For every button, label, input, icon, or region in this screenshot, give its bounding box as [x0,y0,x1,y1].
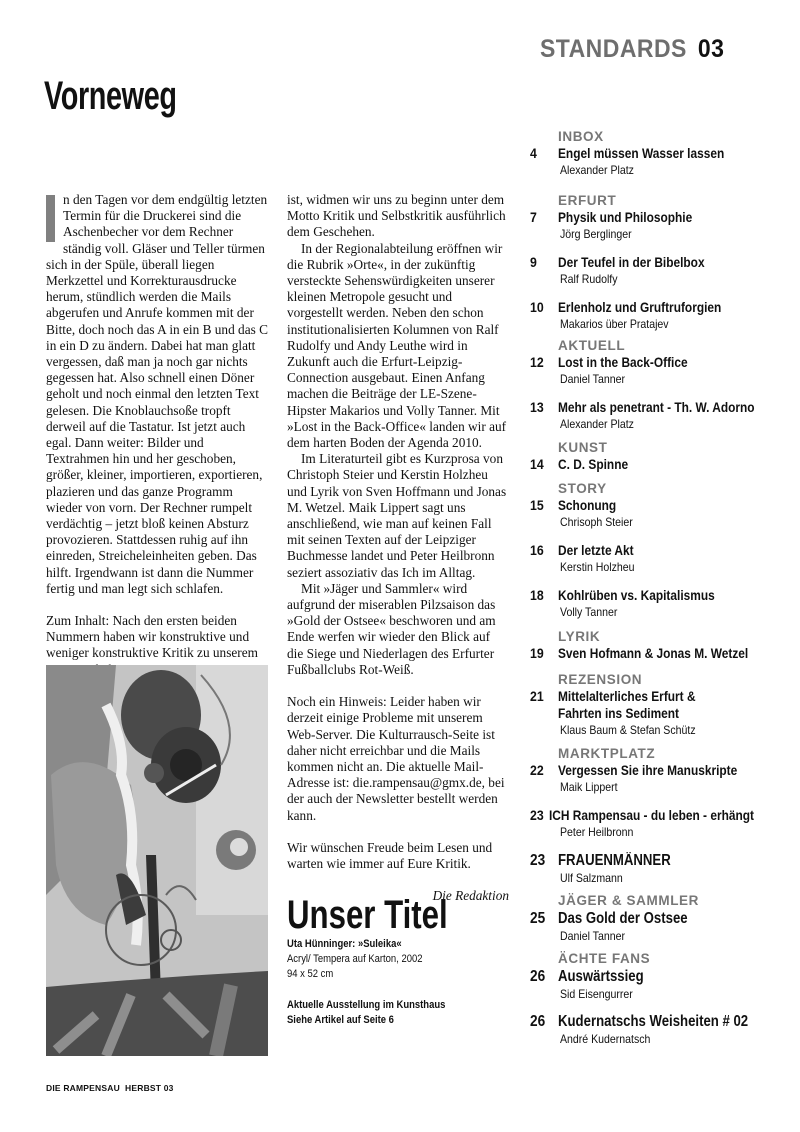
table-of-contents: INBOX 4Engel müssen Wasser lassen Alexan… [530,128,790,1047]
editorial-column-2: ist, widmen wir uns zu beginn unter dem … [287,192,509,904]
toc-entry[interactable]: 14C. D. Spinne [530,456,790,473]
toc-title: C. D. Spinne [558,456,628,473]
toc-author: Alexander Platz [560,162,762,178]
toc-author: Ralf Rudolfy [560,271,762,287]
toc-page: 13 [530,399,555,416]
toc-section-heading: STORY [558,480,790,497]
toc-title: ICH Rampensau - du leben - erhängt [549,807,754,824]
toc-page: 18 [530,587,555,604]
toc-page: 22 [530,762,555,779]
toc-title-line-2: Fahrten ins Sediment [558,705,679,722]
toc-page: 4 [530,145,555,162]
toc-author: Sid Eisengurrer [560,986,762,1002]
section-header: STANDARDS03 [540,35,724,64]
toc-entry[interactable]: 16Der letzte Akt [530,542,790,559]
toc-author: Daniel Tanner [560,928,762,944]
toc-title: Mittelalterliches Erfurt & [558,688,696,705]
toc-entry[interactable]: 18Kohlrüben vs. Kapitalismus [530,587,790,604]
page-number: 03 [698,35,725,63]
editorial-paragraph: In der Regionalabteilung eröffnen wir di… [287,241,509,452]
toc-page: 14 [530,456,555,473]
toc-author: Daniel Tanner [560,371,762,387]
editorial-paragraph: Im Literaturteil gibt es Kurzprosa von C… [287,451,509,581]
toc-section-heading: MARKTPLATZ [558,745,790,762]
toc-entry[interactable]: 26Auswärtssieg [530,967,790,986]
toc-page: 10 [530,299,555,316]
toc-author: Alexander Platz [560,416,762,432]
toc-entry[interactable]: 4Engel müssen Wasser lassen [530,145,790,162]
toc-title: Der letzte Akt [558,542,634,559]
editorial-paragraph: Mit »Jäger und Sammler« wird aufgrund de… [287,581,509,678]
cover-painting-image [46,665,268,1056]
toc-title: Kohlrüben vs. Kapitalismus [558,587,715,604]
toc-entry[interactable]: 9Der Teufel in der Bibelbox [530,254,790,271]
page-footer: DIE RAMPENSAU HERBST 03 [46,1083,174,1093]
section-label: STANDARDS [540,35,687,63]
toc-entry[interactable]: 15Schonung [530,497,790,514]
toc-title: Das Gold der Ostsee [558,909,688,928]
toc-page: 9 [530,254,555,271]
toc-author: Ulf Salzmann [560,870,762,886]
toc-page: 23 [530,807,547,824]
toc-title: Physik und Philosophie [558,209,692,226]
page-title: Vorneweg [44,74,177,119]
toc-section-heading: LYRIK [558,628,790,645]
toc-section-heading: JÄGER & SAMMLER [558,892,790,909]
toc-title: Engel müssen Wasser lassen [558,145,724,162]
toc-author: Peter Heilbronn [560,824,762,840]
toc-title: Der Teufel in der Bibelbox [558,254,705,271]
see-article-note: Siehe Artikel auf Seite 6 [287,1013,485,1028]
toc-page: 21 [530,688,555,705]
toc-title: Vergessen Sie ihre Manuskripte [558,762,737,779]
toc-entry[interactable]: 25Das Gold der Ostsee [530,909,790,928]
toc-page: 26 [530,967,555,986]
exhibition-note: Aktuelle Ausstellung im Kunsthaus [287,998,485,1013]
toc-section-heading: ERFURT [558,192,790,209]
toc-entry[interactable]: 10Erlenholz und Gruftruforgien [530,299,790,316]
toc-page: 19 [530,645,555,662]
toc-author: Chrisoph Steier [560,514,762,530]
toc-title: Sven Hofmann & Jonas M. Wetzel [558,645,748,662]
toc-title: Erlenholz und Gruftruforgien [558,299,721,316]
toc-entry[interactable]: 23ICH Rampensau - du leben - erhängt [530,807,790,824]
toc-entry-continuation: Fahrten ins Sediment [530,705,790,722]
toc-entry[interactable]: 19Sven Hofmann & Jonas M. Wetzel [530,645,790,662]
painting-artwork-icon [46,665,268,1056]
toc-page: 26 [530,1012,555,1031]
toc-author: Jörg Berglinger [560,226,762,242]
toc-author: Makarios über Pratajev [560,316,762,332]
editorial-column-1: n den Tagen vor dem endgültig letzten Te… [46,192,268,710]
toc-title: FRAUENMÄNNER [558,851,671,870]
toc-entry[interactable]: 22Vergessen Sie ihre Manuskripte [530,762,790,779]
toc-author: André Kudernatsch [560,1031,762,1047]
toc-entry[interactable]: 26Kudernatschs Weisheiten # 02 [530,1012,790,1031]
toc-author: Klaus Baum & Stefan Schütz [560,722,762,738]
toc-title: Mehr als penetrant - Th. W. Adorno [558,399,755,416]
toc-title: Auswärtssieg [558,967,644,986]
artist-work: Uta Hünninger: »Suleika« [287,937,485,952]
toc-page: 7 [530,209,555,226]
toc-section-heading: AKTUELL [558,337,790,354]
toc-page: 15 [530,497,555,514]
editorial-paragraph: Wir wünschen Freude beim Lesen und warte… [287,840,509,872]
toc-entry[interactable]: 12Lost in the Back-Office [530,354,790,371]
toc-entry[interactable]: 21Mittelalterliches Erfurt & [530,688,790,705]
cover-info: Unser Titel Uta Hünninger: »Suleika« Acr… [287,893,517,1028]
dimensions: 94 x 52 cm [287,967,485,982]
toc-title: Schonung [558,497,616,514]
toc-page: 16 [530,542,555,559]
drop-cap-bar [46,195,55,242]
editorial-paragraph: n den Tagen vor dem endgültig letzten Te… [46,192,268,596]
toc-entry[interactable]: 7Physik und Philosophie [530,209,790,226]
toc-section-heading: ÄCHTE FANS [558,950,790,967]
medium: Acryl/ Tempera auf Karton, 2002 [287,952,485,967]
toc-page: 12 [530,354,555,371]
toc-page: 25 [530,909,555,928]
toc-section-heading: REZENSION [558,671,790,688]
toc-entry[interactable]: 23FRAUENMÄNNER [530,851,790,870]
toc-author: Maik Lippert [560,779,762,795]
toc-title: Kudernatschs Weisheiten # 02 [558,1012,748,1031]
cover-title: Unser Titel [287,893,466,937]
toc-author: Volly Tanner [560,604,762,620]
toc-entry[interactable]: 13Mehr als penetrant - Th. W. Adorno [530,399,790,416]
toc-page: 23 [530,851,555,870]
toc-section-heading: KUNST [558,439,790,456]
toc-title: Lost in the Back-Office [558,354,688,371]
toc-author: Kerstin Holzheu [560,559,762,575]
toc-section-heading: INBOX [558,128,790,145]
editorial-paragraph: Noch ein Hinweis: Leider haben wir derze… [287,694,509,824]
editorial-paragraph: ist, widmen wir uns zu beginn unter dem … [287,192,509,241]
